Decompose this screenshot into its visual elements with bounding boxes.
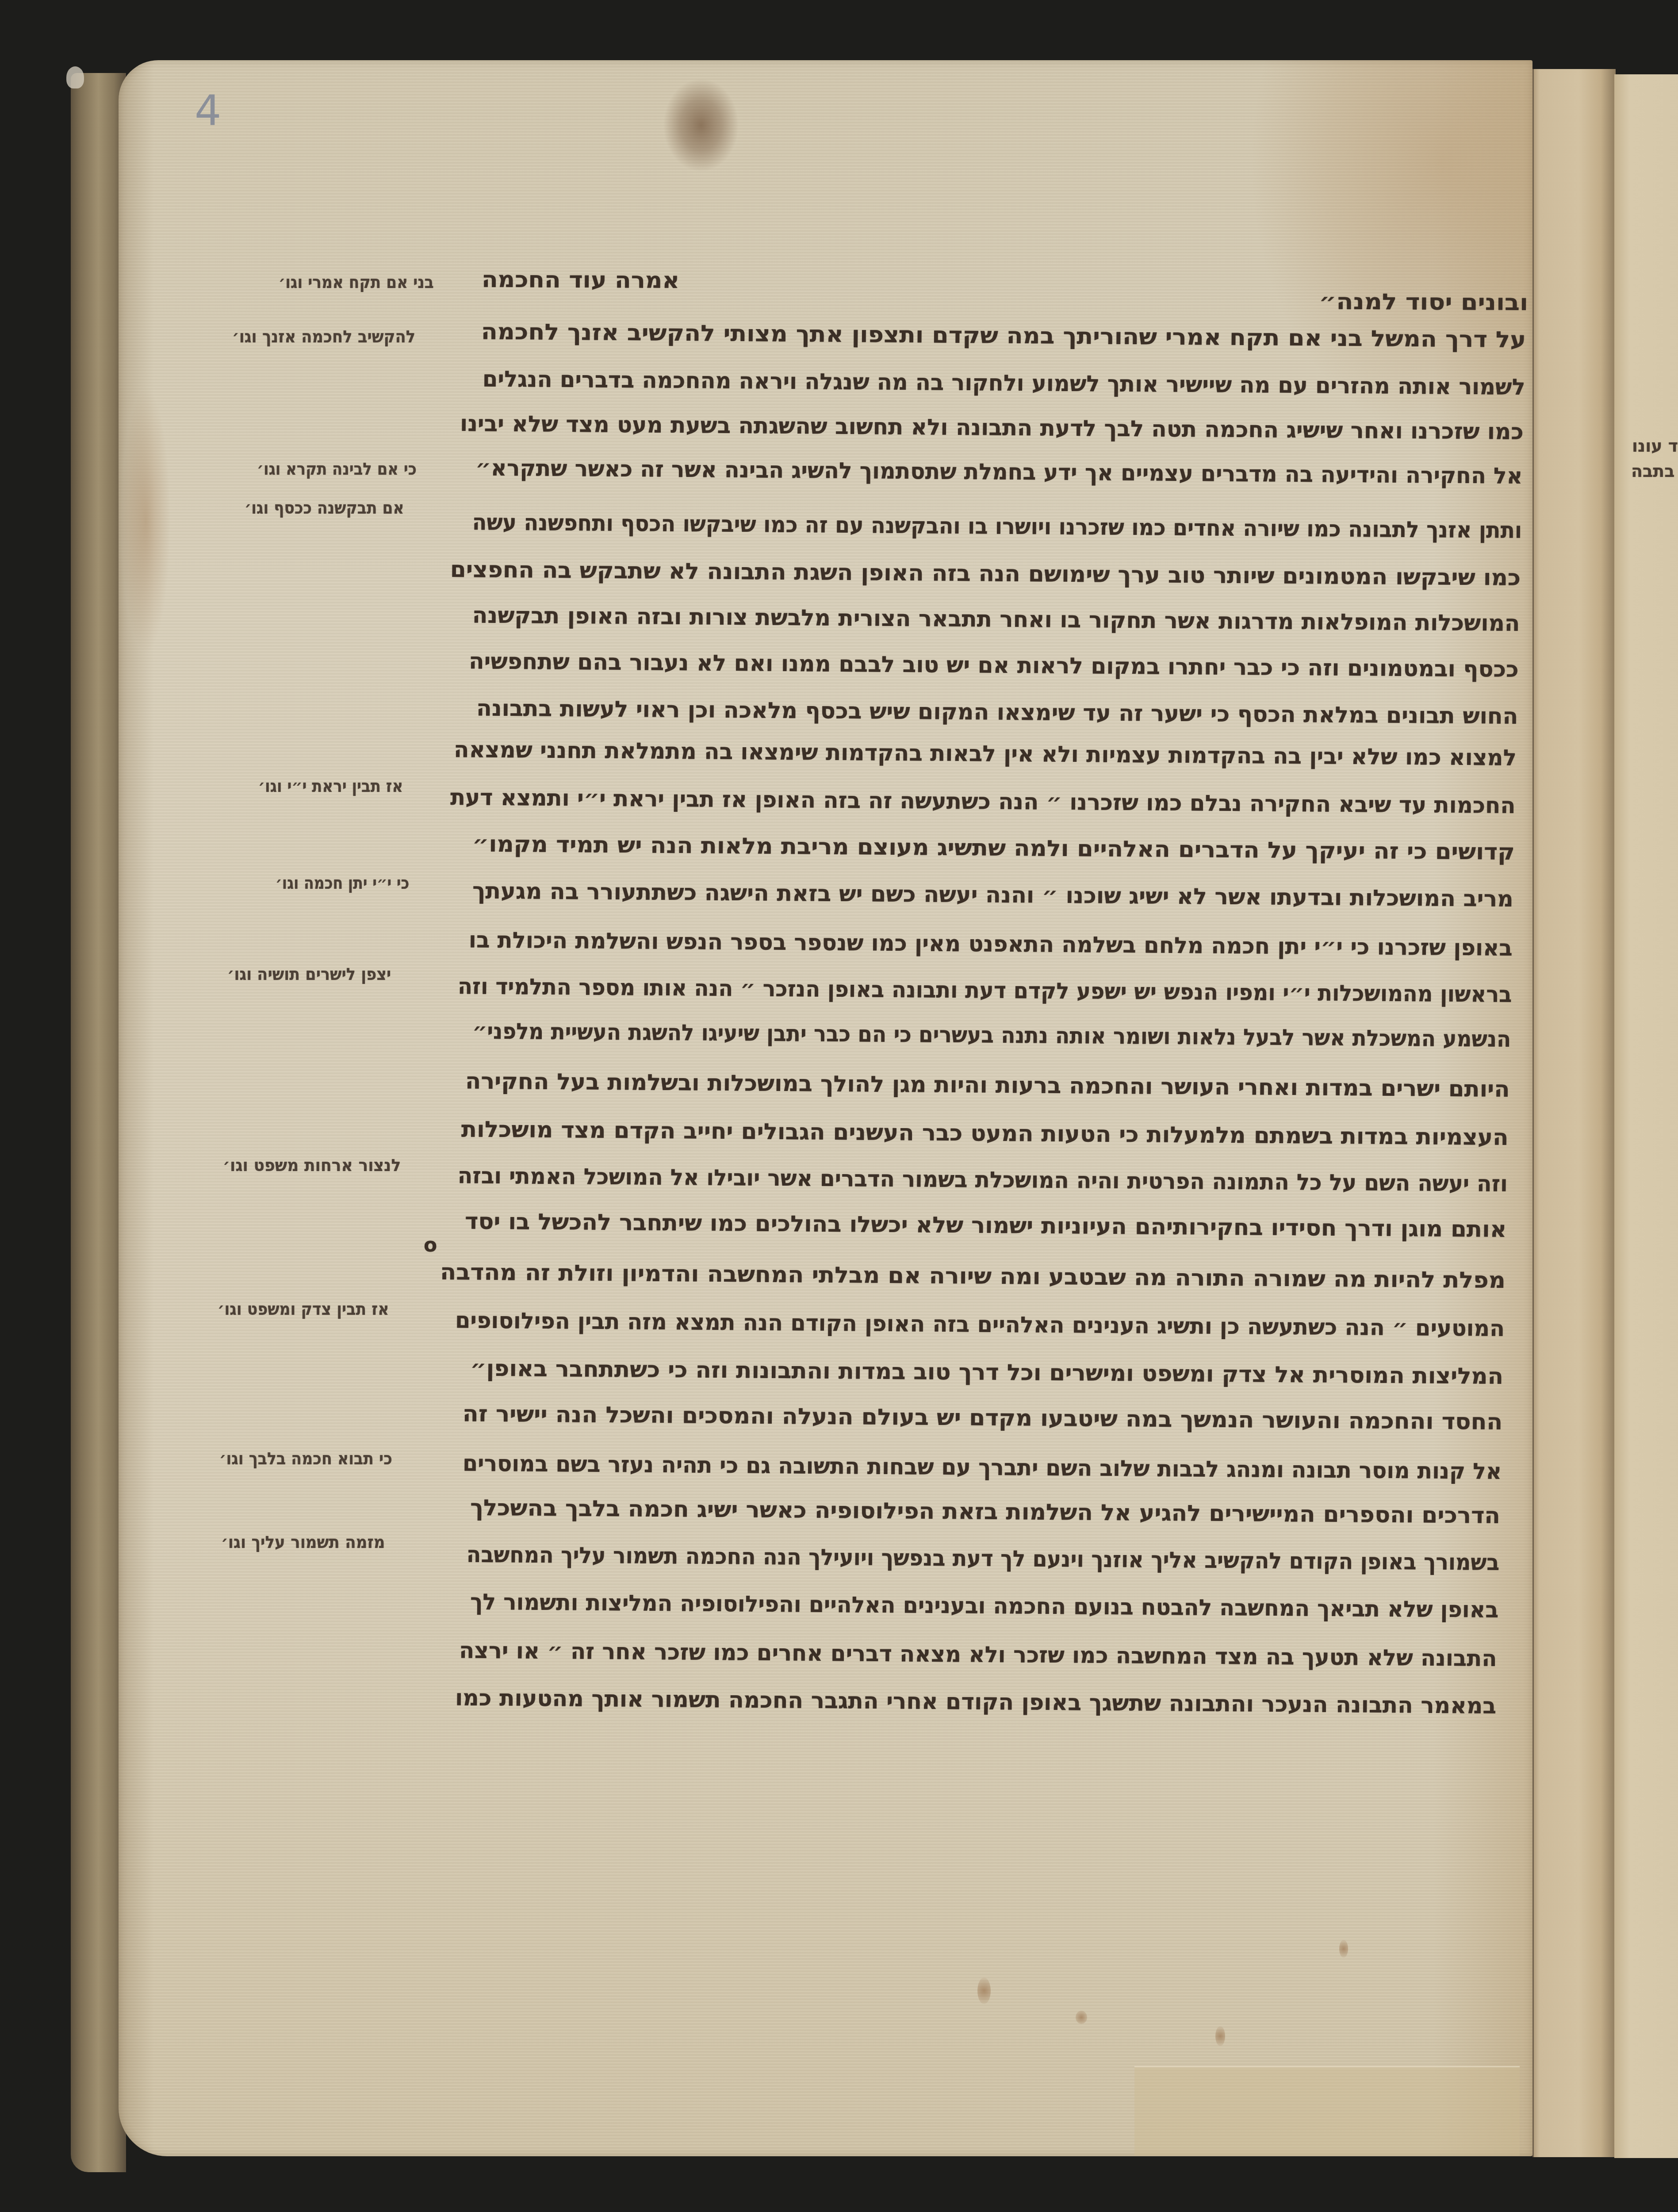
paper-repair-patch [1134,2066,1520,2156]
facing-page-fragment: ד עונו [1632,434,1678,458]
margin-note: אז תבין יראת י״י וגו׳ [258,774,403,798]
margin-note: לנצור ארחות משפט וגו׳ [223,1153,401,1177]
margin-note: כי תבוא חכמה בלבך וגו׳ [219,1447,392,1471]
frayed-binding-corner [66,66,84,88]
facing-page-fragment: ע בתבה [1631,459,1678,483]
margin-note: בני אם תקח אמרי וגו׳ [279,270,434,294]
foxing-spot [977,1978,991,2004]
margin-note: כי י״י יתן חכמה וגו׳ [276,871,409,895]
foxing-spot [1215,2026,1225,2046]
margin-note: אם תבקשנה ככסף וגו׳ [245,496,404,520]
margin-note: אז תבין צדק ומשפט וגו׳ [218,1297,389,1321]
folio-number: 4 [195,88,221,133]
facing-page-edge [1614,74,1678,2158]
margin-note: יצפן לישרים תושיה וגו׳ [227,962,391,986]
circle-reference-mark: o [424,1234,437,1256]
margin-note: להקשיב לחכמה אזנך וגו׳ [232,325,415,349]
book-spine-edge [71,73,126,2172]
manuscript-scan: 4 ובונים יסוד למנה״ אמרה עוד החכמה על דר… [0,0,1678,2212]
margin-note: כי אם לבינה תקרא וגו׳ [257,457,417,481]
section-heading-left: אמרה עוד החכמה [482,264,680,296]
foxing-spot [1076,2011,1087,2024]
section-heading-right: ובונים יסוד למנה״ [1319,286,1528,318]
binding-stub-strip [1532,69,1616,2157]
margin-note: מזמה תשמור עליך וגו׳ [221,1530,385,1554]
foxing-spot [1339,1940,1348,1958]
